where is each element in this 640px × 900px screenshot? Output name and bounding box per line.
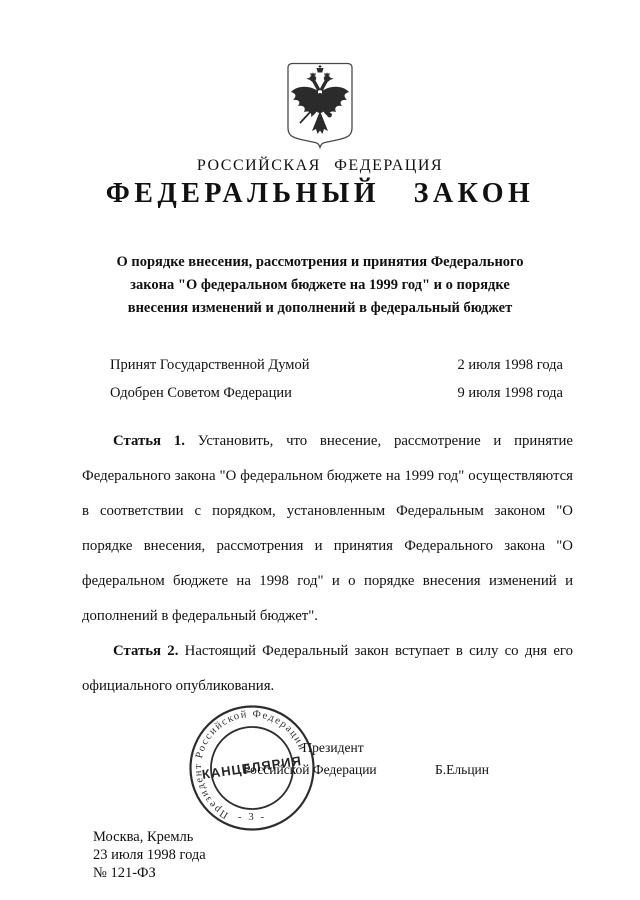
article-1-line: федеральном бюджете на 1998 год" и о пор… <box>82 564 573 599</box>
adoption-label: Одобрен Советом Федерации <box>110 379 292 407</box>
adoption-date: 2 июля 1998 года <box>458 351 564 379</box>
footer-number: № 121-ФЗ <box>93 864 206 882</box>
article-1-line: порядке внесения, рассмотрения и приняти… <box>82 529 573 564</box>
article-2-line: официального опубликования. <box>82 669 573 704</box>
law-title-line: О порядке внесения, рассмотрения и приня… <box>60 251 580 274</box>
footer-place: Москва, Кремль <box>93 828 206 846</box>
footer-block: Москва, Кремль 23 июля 1998 года № 121-Ф… <box>93 828 206 882</box>
law-title-line: закона "О федеральном бюджете на 1999 го… <box>60 274 580 297</box>
stamp-bottom-text: - 3 - <box>238 811 266 823</box>
article-2: Статья 2. Настоящий Федеральный закон вс… <box>82 634 573 704</box>
adoption-label: Принят Государственной Думой <box>110 351 310 379</box>
adoption-row: Одобрен Советом Федерации 9 июля 1998 го… <box>110 379 563 407</box>
article-1-line: Федерального закона "О федеральном бюдже… <box>82 459 573 494</box>
adoption-row: Принят Государственной Думой 2 июля 1998… <box>110 351 563 379</box>
law-title-line: внесения изменений и дополнений в федера… <box>60 297 580 320</box>
country-name: РОССИЙСКАЯ ФЕДЕРАЦИЯ <box>0 157 640 175</box>
official-round-stamp: Президент Российской Федерации КАНЦЕЛЯРИ… <box>186 702 318 834</box>
article-1-text: Установить, что внесение, рассмотрение и… <box>198 433 573 449</box>
footer-date: 23 июля 1998 года <box>93 846 206 864</box>
article-1-line: в соответствии с порядком, установленным… <box>82 494 573 529</box>
law-document-page: РОССИЙСКАЯ ФЕДЕРАЦИЯ ФЕДЕРАЛЬНЫЙ ЗАКОН О… <box>0 0 640 900</box>
article-2-line: Статья 2. Настоящий Федеральный закон вс… <box>82 634 573 669</box>
double-headed-eagle-glyph <box>291 65 349 134</box>
article-2-text: Настоящий Федеральный закон вступает в с… <box>185 643 573 659</box>
article-1-line: дополнений в федеральный бюджет". <box>82 599 573 634</box>
adoption-date: 9 июля 1998 года <box>458 379 564 407</box>
signer-name: Б.Ельцин <box>435 762 489 778</box>
article-1-line: Статья 1. Установить, что внесение, расс… <box>82 424 573 459</box>
article-1-label: Статья 1. <box>113 433 185 449</box>
article-1: Статья 1. Установить, что внесение, расс… <box>82 424 573 634</box>
document-type-title: ФЕДЕРАЛЬНЫЙ ЗАКОН <box>0 178 640 210</box>
adoption-block: Принят Государственной Думой 2 июля 1998… <box>110 351 563 407</box>
article-2-label: Статья 2. <box>113 643 178 659</box>
stamp-center-text: КАНЦЕЛЯРИЯ <box>201 753 303 782</box>
russian-coat-of-arms-icon <box>283 59 357 149</box>
law-title: О порядке внесения, рассмотрения и приня… <box>60 251 580 320</box>
